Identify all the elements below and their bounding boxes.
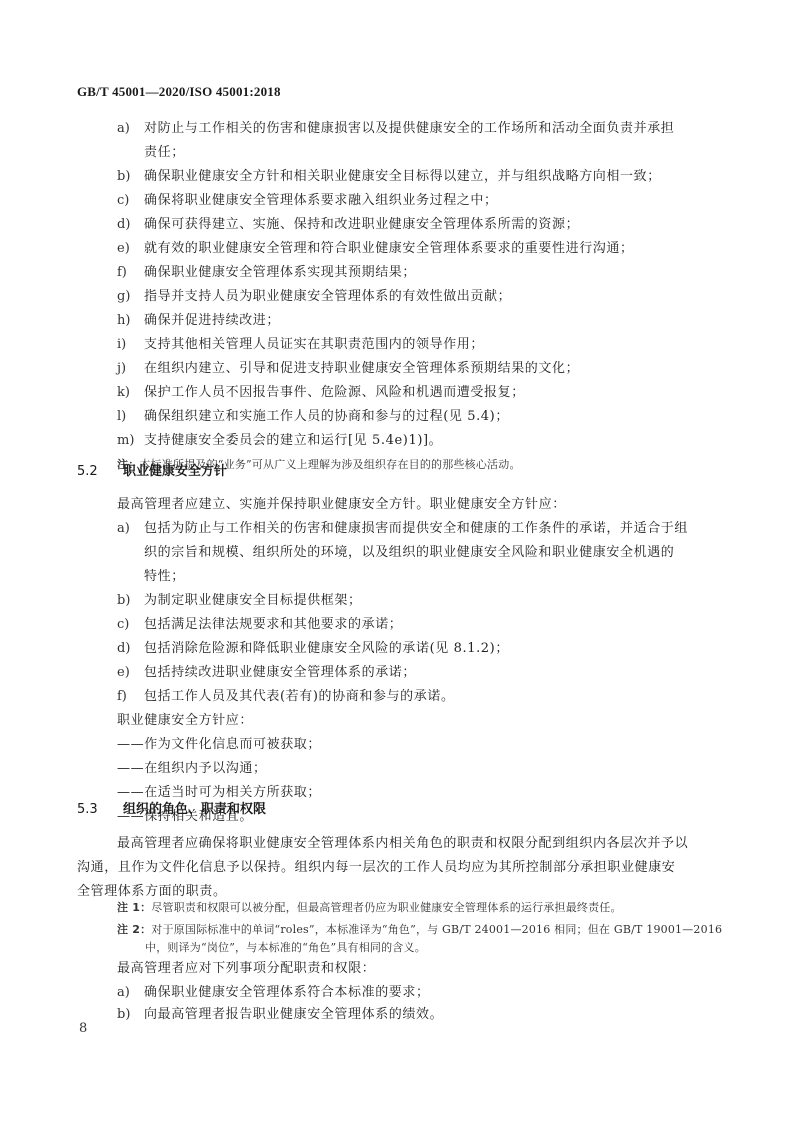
list-label: m) — [117, 432, 134, 450]
section-number: 5.3 — [77, 801, 123, 819]
list-item-text: 包括工作人员及其代表(若有)的协商和参与的承诺。 — [144, 688, 455, 706]
section-title: 组织的角色、职责和权限 — [123, 802, 266, 817]
list-item-text: 包括持续改进职业健康安全管理体系的承诺； — [144, 664, 416, 682]
list-label: f) — [117, 688, 127, 706]
note-tag: 注 2： — [117, 923, 151, 936]
policy-intro: 最高管理者应建立、实施并保持职业健康安全方针。职业健康安全方针应： — [117, 496, 566, 514]
list-item-text: 保护工作人员不因报告事件、危险源、风险和机遇而遭受报复； — [144, 384, 525, 402]
list-label: a) — [117, 984, 130, 1002]
list-label: g) — [117, 288, 130, 306]
section-title: 职业健康安全方针 — [123, 464, 227, 479]
list-item-text: 确保职业健康安全方针和相关职业健康安全目标得以建立，并与组织战略方向相一致； — [144, 168, 661, 186]
standard-header: GB/T 45001—2020/ISO 45001:2018 — [77, 84, 281, 100]
list-label: l) — [117, 408, 126, 426]
list-label: c) — [117, 192, 129, 210]
list-label: a) — [117, 120, 130, 138]
list-label: d) — [117, 216, 130, 234]
paragraph-line: 最高管理者应确保将职业健康安全管理体系内相关角色的职责和权限分配到组织内各层次并… — [117, 835, 688, 853]
list-label: k) — [117, 384, 130, 402]
list-item-text: 就有效的职业健康安全管理和符合职业健康安全管理体系要求的重要性进行沟通； — [144, 240, 634, 258]
list-label: e) — [117, 240, 130, 258]
list-label: i) — [117, 336, 126, 354]
assign-intro: 最高管理者应对下列事项分配职责和权限： — [117, 960, 375, 978]
list-item-text: 确保职业健康安全管理体系实现其预期结果； — [144, 264, 416, 282]
list-item-text: 确保将职业健康安全管理体系要求融入组织业务过程之中； — [144, 192, 498, 210]
dash-item: ——作为文件化信息而可被获取； — [117, 736, 321, 754]
list-item-text: 包括满足法律法规要求和其他要求的承诺； — [144, 616, 402, 634]
note-text: 尽管职责和权限可以被分配，但最高管理者仍应为职业健康安全管理体系的运行承担最终责… — [151, 901, 621, 914]
dash-item: ——在适当时可为相关方所获取； — [117, 784, 321, 802]
list-item-text: 对防止与工作相关的伤害和健康损害以及提供健康安全的工作场所和活动全面负责并承担 — [144, 120, 674, 138]
page-number: 8 — [79, 1021, 87, 1036]
list-item-text: 确保组织建立和实施工作人员的协商和参与的过程(见 5.4)； — [144, 408, 509, 426]
list-label: b) — [117, 592, 130, 610]
list-label: j) — [117, 360, 126, 378]
list-label: c) — [117, 616, 129, 634]
list-item-text: 在组织内建立、引导和促进支持职业健康安全管理体系预期结果的文化； — [144, 360, 579, 378]
list-item-text: 包括为防止与工作相关的伤害和健康损害而提供安全和健康的工作条件的承诺，并适合于组 — [144, 520, 688, 538]
roles-note-2: 注 2：对于原国际标准中的单词“roles”，本标准译为“角色”，与 GB/T … — [117, 922, 722, 938]
paragraph-line: 全管理体系方面的职责。 — [77, 883, 227, 901]
list-item-text: 为制定职业健康安全目标提供框架； — [144, 592, 362, 610]
note-tag: 注 1： — [117, 901, 151, 914]
paragraph-line: 沟通，且作为文件化信息予以保持。组织内每一层次的工作人员均应为其所控制部分承担职… — [77, 859, 675, 877]
roles-note-2-continued: 中，则译为“岗位”，与本标准的“角色”具有相同的含义。 — [145, 940, 426, 956]
list-item-text: 织的宗旨和规模、组织所处的环境，以及组织的职业健康安全风险和职业健康安全机遇的 — [144, 544, 674, 562]
list-label: b) — [117, 1006, 130, 1024]
roles-note-1: 注 1：尽管职责和权限可以被分配，但最高管理者仍应为职业健康安全管理体系的运行承… — [117, 900, 622, 916]
list-label: f) — [117, 264, 127, 282]
list-label: a) — [117, 520, 130, 538]
list-label: h) — [117, 312, 130, 330]
list-item-text: 责任； — [144, 144, 185, 162]
section-number: 5.2 — [77, 463, 123, 481]
policy-requirements-intro: 职业健康安全方针应： — [117, 712, 253, 730]
list-label: e) — [117, 664, 130, 682]
list-item-text: 包括消除危险源和降低职业健康安全风险的承诺(见 8.1.2)； — [144, 640, 509, 658]
section-heading-5-2: 5.2职业健康安全方针 — [77, 463, 227, 481]
list-item-text: 向最高管理者报告职业健康安全管理体系的绩效。 — [144, 1006, 443, 1024]
note-text: 对于原国际标准中的单词“roles”，本标准译为“角色”，与 GB/T 2400… — [151, 923, 722, 936]
list-item-text: 支持健康安全委员会的建立和运行[见 5.4e)1)]。 — [144, 432, 442, 450]
list-label: b) — [117, 168, 130, 186]
section-heading-5-3: 5.3组织的角色、职责和权限 — [77, 801, 266, 819]
dash-item: ——在组织内予以沟通； — [117, 760, 267, 778]
list-item-text: 支持其他相关管理人员证实在其职责范围内的领导作用； — [144, 336, 484, 354]
list-label: d) — [117, 640, 130, 658]
list-item-text: 特性； — [144, 568, 185, 586]
list-item-text: 确保并促进持续改进； — [144, 312, 280, 330]
document-page: GB/T 45001—2020/ISO 45001:2018 a) 对防止与工作… — [0, 0, 793, 1123]
list-item-text: 确保职业健康安全管理体系符合本标准的要求； — [144, 984, 430, 1002]
list-item-text: 确保可获得建立、实施、保持和改进职业健康安全管理体系所需的资源； — [144, 216, 579, 234]
list-item-text: 指导并支持人员为职业健康安全管理体系的有效性做出贡献； — [144, 288, 511, 306]
